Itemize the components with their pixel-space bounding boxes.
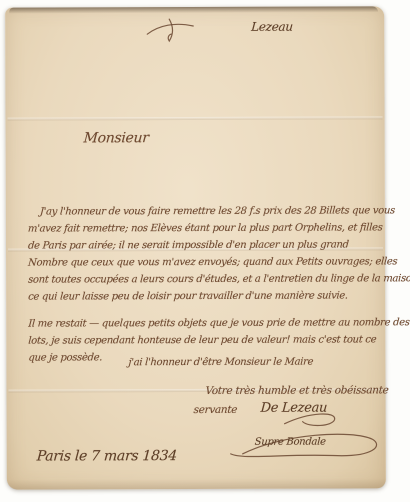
paper-crease	[8, 116, 383, 120]
letter-body-line: que je possède.	[28, 352, 102, 363]
letter-body-line: J'ay l'honneur de vous faire remettre le…	[40, 205, 396, 217]
letter-body-line: de Paris par airée; il ne serait impossi…	[28, 239, 349, 251]
archivist-note: Lezeau	[251, 20, 294, 34]
letter-body-line: m'avez fait remettre; nos Elèves étant p…	[28, 222, 383, 234]
letter-body-line: Nombre que ceux que vous m'avez envoyés;…	[28, 256, 398, 268]
pen-flourish-mark	[145, 17, 197, 43]
letter-body-line: sont toutes occupées a leurs cours d'étu…	[28, 273, 410, 285]
salutation: Monsieur	[83, 130, 149, 146]
dateline: Paris le 7 mars 1834	[36, 448, 177, 464]
closing-formula: j'ai l'honneur d'être Monsieur le Maire	[128, 357, 314, 369]
letter-body-line: Il me restait — quelques petits objets q…	[28, 317, 410, 329]
letter-body-line: lots, je suis cependant honteuse de leur…	[28, 334, 377, 346]
signature-text: Supre Bondale	[254, 437, 326, 448]
letter-paper: Lezeau Monsieur J'ay l'honneur de vous f…	[5, 6, 386, 489]
letter-body-line: ce qui leur laisse peu de loisir pour tr…	[28, 290, 348, 302]
valediction-line1: Votre très humble et très obéissante	[205, 384, 389, 397]
letter-photo: Lezeau Monsieur J'ay l'honneur de vous f…	[0, 0, 410, 502]
